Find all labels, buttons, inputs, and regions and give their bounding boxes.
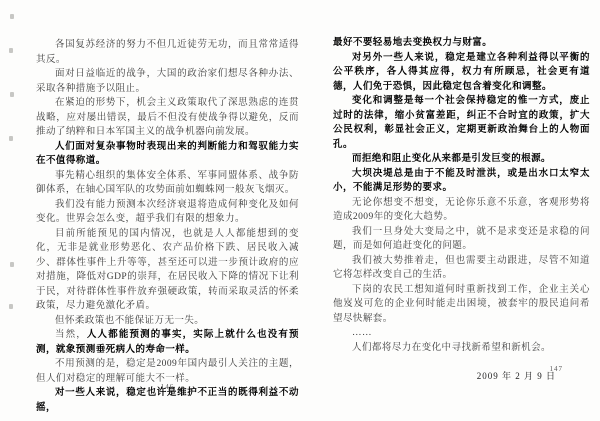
paragraph: …… bbox=[333, 326, 590, 341]
paragraph-run: 面对日益临近的战争，大国的政治家们想尽各种办法、采取各种措施予以阻止。 bbox=[36, 69, 299, 94]
paragraph: 但怀柔政策也不能保证万无一失。 bbox=[36, 314, 299, 329]
paragraph: 事先精心组织的集体安全体系、军事同盟体系、战争防御体系，在轴心国军队的攻势面前如… bbox=[36, 169, 299, 198]
paragraph: 我们一旦身处大变局之中，就不是求变还是求稳的问题，而是如何追赶变化的问题。 bbox=[333, 225, 590, 254]
paragraph: 下岗的农民工想知道何时重新找到工作，企业主关心他岌岌可危的企业何时能走出困境，被… bbox=[333, 283, 590, 327]
paragraph: 面对日益临近的战争，大国的政治家们想尽各种办法、采取各种措施予以阻止。 bbox=[36, 67, 299, 96]
scan-artifact bbox=[9, 304, 13, 309]
paragraph-run: 人们都将尽力在变化中寻找新希望和新机会。 bbox=[352, 343, 551, 353]
paragraph-run-bold: 大坝决堤总是由于不能及时泄洪，或是出水口太窄太小，不能满足形势的要求。 bbox=[333, 169, 590, 194]
paragraph-run: 在紧迫的形势下，机会主义政策取代了深思熟虑的连贯战略，应对屡出错误，最后不但没有… bbox=[36, 98, 299, 137]
page-number: 147 bbox=[333, 365, 563, 373]
paragraph: 我们没有能力预测本次经济衰退将造成何种变化及如何变化。世界会怎么变，超乎我们有限… bbox=[36, 198, 299, 227]
scan-artifact bbox=[9, 48, 13, 53]
paragraph-run-bold: 最好不要轻易地去变换权力与财富。 bbox=[333, 38, 492, 48]
paragraph: 目前所能预见的国内情况，也就是人人都能想到的变化，无非是就业形势恶化、农产品价格… bbox=[36, 227, 299, 314]
scan-artifact bbox=[10, 14, 14, 19]
paragraph-run: 我们被大势推着走，但也需要主动跟进，尽管不知道它将怎样改变自己的生活。 bbox=[333, 256, 590, 281]
page-text: 最好不要轻易地去变换权力与财富。对另外一些人来说，稳定是建立各种利益得以平衡的公… bbox=[333, 36, 590, 355]
page-text: 各国复苏经济的努力不但几近徒劳无功，而且常常适得其反。面对日益临近的战争，大国的… bbox=[36, 38, 299, 415]
paragraph-run-bold: 对一些人来说，稳定也许是维护不正当的既得利益不动摇， bbox=[36, 388, 299, 413]
paragraph: 当然，人人都能预测的事实，实际上就什么也没有预测，就象预测垂死病人的寿命一样。 bbox=[36, 328, 299, 357]
paragraph-run-bold: 人们面对复杂事物时表现出来的判断能力和驾驭能力实在不值得称道。 bbox=[36, 142, 299, 167]
paragraph-run: 我们一旦身处大变局之中，就不是求变还是求稳的问题，而是如何追赶变化的问题。 bbox=[333, 227, 590, 252]
paragraph-run-bold: 变化和调整是每一个社会保持稳定的惟一方式，废止过时的法律，缩小贫富差距，纠正不合… bbox=[333, 96, 590, 150]
paragraph: 在紧迫的形势下，机会主义政策取代了深思熟虑的连贯战略，应对屡出错误，最后不但没有… bbox=[36, 96, 299, 140]
paragraph: 而拒绝和阻止变化从来都是引发巨变的根源。 bbox=[333, 152, 590, 167]
paragraph-run: 不用预测的是，稳定是2009年国内最引人关注的主题，但人们对稳定的理解可能大不一… bbox=[36, 359, 299, 384]
paragraph: 我们被大势推着走，但也需要主动跟进，尽管不知道它将怎样改变自己的生活。 bbox=[333, 254, 590, 283]
paragraph: 大坝决堤总是由于不能及时泄洪，或是出水口太窄太小，不能满足形势的要求。 bbox=[333, 167, 590, 196]
paragraph: 最好不要轻易地去变换权力与财富。 bbox=[333, 36, 590, 51]
paragraph: 人们面对复杂事物时表现出来的判断能力和驾驭能力实在不值得称道。 bbox=[36, 140, 299, 169]
paragraph-run: …… bbox=[352, 328, 372, 338]
paragraph-run: 当然， bbox=[55, 330, 87, 340]
paragraph-run-bold: 而拒绝和阻止变化从来都是引发巨变的根源。 bbox=[352, 154, 551, 164]
page-left: 各国复苏经济的努力不但几近徒劳无功，而且常常适得其反。面对日益临近的战争，大国的… bbox=[36, 38, 299, 415]
paragraph: 变化和调整是每一个社会保持稳定的惟一方式，废止过时的法律，缩小贫富差距，纠正不合… bbox=[333, 94, 590, 152]
book-spread: 各国复苏经济的努力不但几近徒劳无功，而且常常适得其反。面对日益临近的战争，大国的… bbox=[0, 0, 600, 421]
paragraph: 对另外一些人来说，稳定是建立各种利益得以平衡的公平秩序，各人得其应得，权力有所顾… bbox=[333, 51, 590, 95]
scan-artifact bbox=[9, 136, 13, 141]
paragraph-run: 下岗的农民工想知道何时重新找到工作，企业主关心他岌岌可危的企业何时能走出困境，被… bbox=[333, 285, 590, 324]
paragraph-run: 我们没有能力预测本次经济衰退将造成何种变化及如何变化。世界会怎么变，超乎我们有限… bbox=[36, 200, 299, 225]
paragraph: 不用预测的是，稳定是2009年国内最引人关注的主题，但人们对稳定的理解可能大不一… bbox=[36, 357, 299, 386]
paragraph-run: 目前所能预见的国内情况，也就是人人都能想到的变化，无非是就业形势恶化、农产品价格… bbox=[36, 229, 299, 312]
paragraph-run: 无论你想变不想变，无论你乐意不乐意，客观形势将造成2009年的变化大趋势。 bbox=[333, 198, 590, 223]
paragraph-run-bold: 对另外一些人来说，稳定是建立各种利益得以平衡的公平秩序，各人得其应得，权力有所顾… bbox=[333, 53, 590, 92]
paragraph-run: 各国复苏经济的努力不但几近徒劳无功，而且常常适得其反。 bbox=[36, 40, 299, 65]
paragraph: 各国复苏经济的努力不但几近徒劳无功，而且常常适得其反。 bbox=[36, 38, 299, 67]
page-right: 最好不要轻易地去变换权力与财富。对另外一些人来说，稳定是建立各种利益得以平衡的公… bbox=[333, 36, 590, 382]
paragraph-run: 但怀柔政策也不能保证万无一失。 bbox=[55, 316, 204, 326]
scan-artifact bbox=[10, 92, 14, 97]
paragraph-run: 事先精心组织的集体安全体系、军事同盟体系、战争防御体系，在轴心国军队的攻势面前如… bbox=[36, 171, 299, 196]
paragraph: 人们都将尽力在变化中寻找新希望和新机会。 bbox=[333, 341, 590, 356]
page-number: 146 bbox=[36, 383, 299, 391]
scan-artifact bbox=[10, 262, 14, 267]
paragraph: 无论你想变不想变，无论你乐意不乐意，客观形势将造成2009年的变化大趋势。 bbox=[333, 196, 590, 225]
